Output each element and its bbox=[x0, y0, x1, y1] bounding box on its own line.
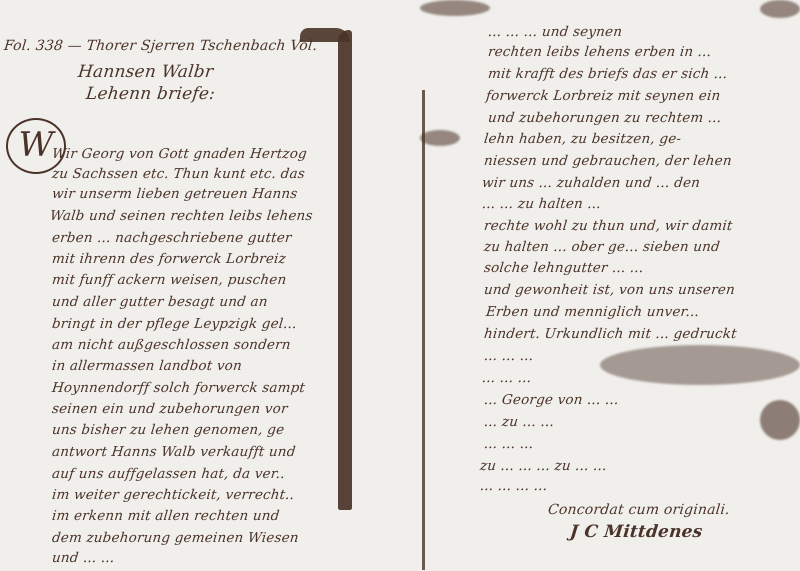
manuscript-line: in allermassen landbot von bbox=[51, 358, 243, 374]
manuscript-line: Walb und seinen rechten leibs lehens bbox=[49, 208, 313, 224]
manuscript-line: mit krafft des briefs das er sich ... bbox=[487, 66, 728, 82]
manuscript-line: seinen ein und zubehorungen vor bbox=[51, 401, 288, 417]
ink-stain bbox=[420, 0, 490, 16]
gutter-edge bbox=[422, 90, 425, 570]
manuscript-line: dem zubehorung gemeinen Wiesen bbox=[51, 530, 299, 546]
manuscript-line: ... ... ... bbox=[483, 348, 534, 364]
manuscript-line: rechte wohl zu thun und, wir damit bbox=[483, 218, 733, 234]
manuscript-line: im erkenn mit allen rechten und bbox=[51, 508, 280, 524]
folio-header: Fol. 338 — Thorer Sjerren Tschenbach Vol… bbox=[3, 38, 318, 54]
manuscript-line: ... ... ... ... bbox=[479, 478, 548, 494]
notary-signature: J C Mittdenes bbox=[569, 522, 704, 542]
manuscript-line: solche lehngutter ... ... bbox=[483, 260, 644, 276]
manuscript-line: forwerck Lorbreiz mit seynen ein bbox=[485, 88, 721, 104]
ink-stain bbox=[760, 400, 800, 440]
manuscript-line: ... zu ... ... bbox=[483, 414, 555, 430]
ink-stain bbox=[420, 130, 460, 146]
manuscript-line: zu ... ... ... zu ... ... bbox=[479, 458, 607, 474]
manuscript-line: mit funff ackern weisen, puschen bbox=[51, 272, 287, 288]
manuscript-line: ... ... ... und seynen bbox=[487, 24, 623, 40]
manuscript-line: rechten leibs lehens erben in ... bbox=[487, 44, 712, 60]
manuscript-line: im weiter gerechtickeit, verrecht.. bbox=[51, 487, 295, 503]
manuscript-line: am nicht außgeschlossen sondern bbox=[51, 337, 291, 353]
page-edge-stain bbox=[338, 30, 352, 510]
manuscript-line: und aller gutter besagt und an bbox=[51, 294, 268, 310]
manuscript-line: hindert. Urkundlich mit ... gedruckt bbox=[483, 326, 737, 342]
manuscript-line: lehn haben, zu besitzen, ge- bbox=[483, 131, 682, 147]
manuscript-line: bringt in der pflege Leypzigk gel... bbox=[51, 316, 297, 332]
attestation-note: Concordat cum originali. bbox=[547, 502, 730, 518]
manuscript-line: Hoynnendorff solch forwerck sampt bbox=[51, 380, 306, 396]
manuscript-line: niessen und gebrauchen, der lehen bbox=[483, 153, 732, 169]
manuscript-line: erben ... nachgeschriebene gutter bbox=[51, 230, 292, 246]
manuscript-line: Wir Georg von Gott gnaden Hertzog bbox=[51, 146, 308, 162]
manuscript-line: antwort Hanns Walb verkaufft und bbox=[51, 444, 296, 460]
right-page: ... ... ... und seynen rechten leibs leh… bbox=[400, 0, 800, 571]
manuscript-line: und gewonheit ist, von uns unseren bbox=[483, 282, 736, 298]
ink-stain bbox=[760, 0, 800, 18]
left-page: Fol. 338 — Thorer Sjerren Tschenbach Vol… bbox=[0, 0, 400, 571]
document-title-line2: Lehenn briefe: bbox=[85, 84, 216, 104]
manuscript-line: zu Sachssen etc. Thun kunt etc. das bbox=[51, 166, 306, 182]
manuscript-line: ... ... ... bbox=[483, 436, 534, 452]
manuscript-line: uns bisher zu lehen genomen, ge bbox=[51, 422, 285, 438]
manuscript-line: ... ... ... bbox=[481, 370, 532, 386]
manuscript-line: wir uns ... zuhalden und ... den bbox=[481, 175, 701, 191]
manuscript-line: auf uns auffgelassen hat, da ver.. bbox=[51, 466, 286, 482]
manuscript-line: ... George von ... ... bbox=[483, 392, 619, 408]
manuscript-line: Erben und menniglich unver... bbox=[485, 304, 700, 320]
manuscript-line: und zubehorungen zu rechtem ... bbox=[487, 110, 722, 126]
manuscript-line: mit ihrenn des forwerck Lorbreiz bbox=[51, 251, 287, 267]
manuscript-line: zu halten ... ober ge... sieben und bbox=[483, 239, 721, 255]
manuscript-line: ... ... zu halten ... bbox=[481, 196, 602, 212]
document-title-line1: Hannsen Walbr bbox=[77, 62, 214, 82]
manuscript-line: wir unserm lieben getreuen Hanns bbox=[51, 186, 298, 202]
ink-stain bbox=[600, 345, 800, 385]
manuscript-line: und ... ... bbox=[51, 550, 115, 566]
